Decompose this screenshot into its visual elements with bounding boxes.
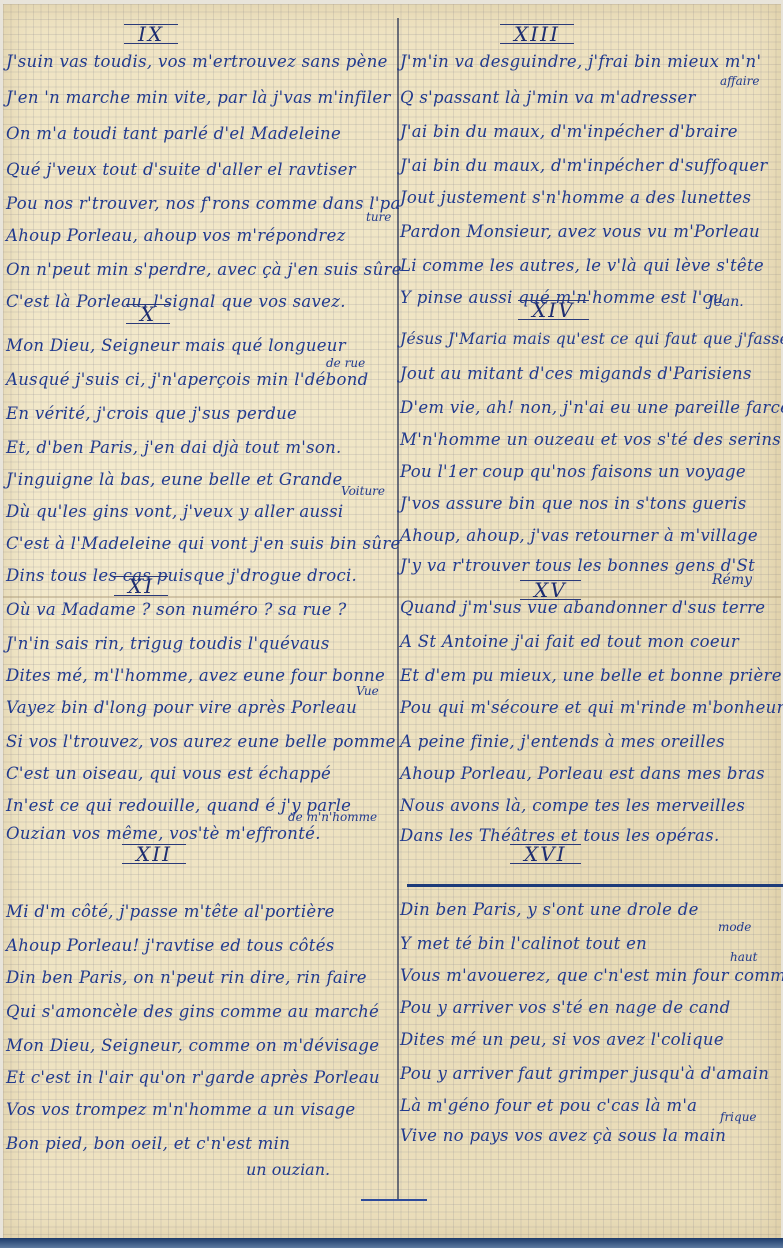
lyric-line: Et c'est in l'air qu'on r'garde après Po… [6, 1068, 380, 1087]
bottom-ink-mark [361, 1199, 427, 1201]
lyric-line: Q s'passant là j'min va m'adresser [400, 88, 696, 107]
lyric-line: Dins tous les cas puisque j'drogue droci… [6, 566, 357, 585]
lyric-line: Jout au mitant d'ces migands d'Parisiens [400, 364, 752, 383]
lyric-line: Pou y arriver vos s'té en nage de cand [400, 998, 730, 1017]
stanza-xvi-divider [407, 884, 783, 887]
lyric-line: C'est là Porleau, l'signal que vos savez… [6, 292, 346, 311]
stanza-number: XV [520, 580, 581, 600]
lyric-line: Pou l'1er coup qu'nos faisons un voyage [400, 462, 746, 481]
lyric-line: Où va Madame ? son numéro ? sa rue ? [6, 600, 347, 619]
lyric-line: Vayez bin d'long pour vire après Porleau [6, 698, 357, 717]
stanza-number: XII [122, 844, 186, 864]
lyric-line: Vos vos trompez m'n'homme a un visage [6, 1100, 356, 1119]
lyric-line: Qué j'veux tout d'suite d'aller el ravti… [6, 160, 356, 179]
lyric-line: Din ben Paris, on n'peut rin dire, rin f… [6, 968, 367, 987]
lyric-line: J'inguigne là bas, eune belle et Grande [6, 470, 343, 489]
lyric-line: A peine finie, j'entends à mes oreilles [400, 732, 725, 751]
stanza-number: XIII [500, 24, 574, 44]
lyric-line: J'suin vas toudis, vos m'ertrouvez sans … [6, 52, 388, 71]
lyric-line: Pou nos r'trouver, nos f'rons comme dans… [6, 194, 401, 213]
lyric-line: Mon Dieu, Seigneur, comme on m'dévisage [6, 1036, 379, 1055]
lyric-line: Quand j'm'sus vue abandonner d'sus terre [400, 598, 765, 617]
lyric-line: Jout justement s'n'homme a des lunettes [400, 188, 751, 207]
lyric-line: Mon Dieu, Seigneur mais qué longueur [6, 336, 346, 355]
lyric-line: Ouzian vos même, vos'tè m'effronté. [6, 824, 321, 843]
bottom-background-band [0, 1238, 783, 1248]
insertion-note: haut [730, 950, 757, 964]
lyric-line: Vous m'avouerez, que c'n'est min four co… [400, 966, 783, 985]
lyric-line: D'em vie, ah! non, j'n'ai eu une pareill… [400, 398, 783, 417]
lyric-line-end: un ouzian. [246, 1160, 330, 1179]
lyric-line: Ahoup Porleau, ahoup vos m'répondrez [6, 226, 346, 245]
lyric-line: M'n'homme un ouzeau et vos s'té des seri… [400, 430, 781, 449]
lyric-line: J'en 'n marche min vite, par là j'vas m'… [6, 88, 391, 107]
lyric-line: Pardon Monsieur, avez vous vu m'Porleau [400, 222, 760, 241]
stanza-number: XVI [510, 844, 581, 864]
lyric-line: Dites mé un peu, si vos avez l'colique [400, 1030, 724, 1049]
lyric-line: Jésus J'Maria mais qu'est ce qui faut qu… [400, 330, 783, 348]
lyric-line: Mi d'm côté, j'passe m'tête al'portière [6, 902, 335, 921]
insertion-note: ture [366, 210, 391, 224]
stanza-number: IX [124, 24, 178, 44]
lyric-line: Ahoup Porleau, Porleau est dans mes bras [400, 764, 765, 783]
lyric-line: Vive no pays vos avez çà sous la main [400, 1126, 726, 1145]
lyric-line: Nous avons là, compe tes les merveilles [400, 796, 745, 815]
lyric-line: En vérité, j'crois que j'sus perdue [6, 404, 297, 423]
lyric-line: Pou y arriver faut grimper jusqu'à d'ama… [400, 1064, 769, 1083]
stanza-number: XI [114, 576, 168, 596]
lyric-line: J'y va r'trouver tous les bonnes gens d'… [400, 556, 755, 575]
lyric-line: J'n'in sais rin, trigug toudis l'quévaus [6, 634, 330, 653]
lyric-line: C'est à l'Madeleine qui vont j'en suis b… [6, 534, 401, 553]
insertion-note: affaire [720, 74, 760, 88]
lyric-line: Din ben Paris, y s'ont une drole de [400, 900, 699, 919]
lyric-line: Ausqué j'suis ci, j'n'aperçois min l'déb… [6, 370, 369, 389]
insertion-note: frique [720, 1110, 757, 1124]
lyric-line: Y met té bin l'calinot tout en [400, 934, 647, 953]
lyric-line: Dù qu'les gins vont, j'veux y aller auss… [6, 502, 344, 521]
lyric-line: A St Antoine j'ai fait ed tout mon coeur [400, 632, 739, 651]
lyric-line: J'ai bin du maux, d'm'inpécher d'braire [400, 122, 738, 141]
lyric-line: Là m'géno four et pou c'cas là m'a [400, 1096, 697, 1115]
insertion-note: Vue [356, 684, 379, 698]
lyric-line: Dites mé, m'l'homme, avez eune four bonn… [6, 666, 385, 685]
signature-remy: Rémy [712, 572, 752, 588]
lyric-line: J'vos assure bin que nos in s'tons gueri… [400, 494, 747, 513]
lyric-line: Ahoup Porleau! j'ravtise ed tous côtés [6, 936, 335, 955]
insertion-note: de m'n'homme [288, 810, 377, 824]
insertion-note: mode [718, 920, 751, 934]
lyric-line: Li comme les autres, le v'là qui lève s'… [400, 256, 764, 275]
lyric-line: Qui s'amoncèle des gins comme au marché [6, 1002, 379, 1021]
signature-jean: Jean. [708, 294, 744, 310]
lyric-line: Si vos l'trouvez, vos aurez eune belle p… [6, 732, 396, 751]
lyric-line: Ahoup, ahoup, j'vas retourner à m'villag… [400, 526, 758, 545]
lyric-line: J'm'in va desguindre, j'frai bin mieux m… [400, 52, 761, 71]
stanza-number: X [126, 304, 170, 324]
lyric-line: Pou qui m'sécoure et qui m'rinde m'bonhe… [400, 698, 783, 717]
lyric-line: Et d'em pu mieux, une belle et bonne pri… [400, 666, 782, 685]
stanza-number: XIV [518, 300, 589, 320]
insertion-note: Voiture [341, 484, 385, 498]
lyric-line: On n'peut min s'perdre, avec çà j'en sui… [6, 260, 402, 279]
insertion-note: de rue [326, 356, 365, 370]
lyric-line: On m'a toudi tant parlé d'el Madeleine [6, 124, 341, 143]
lyric-line: Bon pied, bon oeil, et c'n'est min [6, 1134, 290, 1153]
lyric-line: Et, d'ben Paris, j'en dai djà tout m'son… [6, 438, 342, 457]
lyric-line: J'ai bin du maux, d'm'inpécher d'suffoqu… [400, 156, 768, 175]
lyric-line: C'est un oiseau, qui vous est échappé [6, 764, 331, 783]
